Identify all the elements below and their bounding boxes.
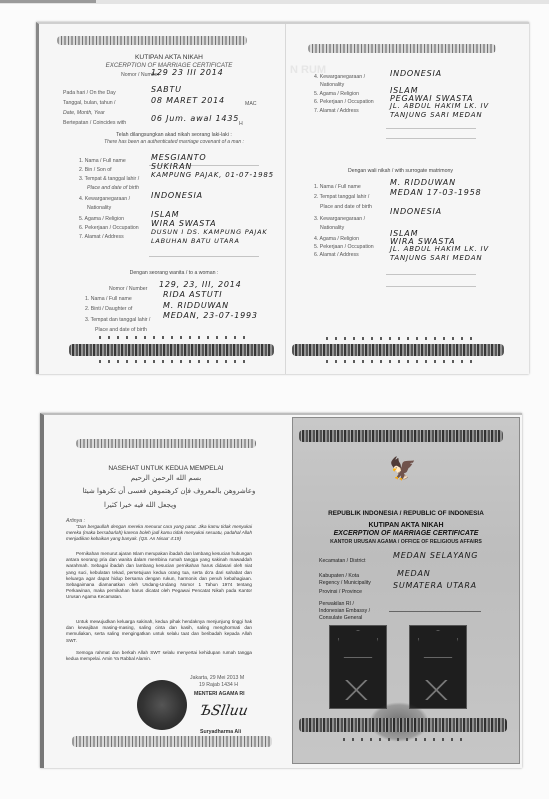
bride-address-value-2: TANJUNG SARI MEDAN [390, 111, 482, 119]
field-label: 7. Alamat / Address [314, 108, 359, 114]
dotted-row [99, 336, 249, 339]
field-label: 6. Alamat / Address [314, 252, 359, 258]
quran-verse-line2: ويجعل الله فيه خيرا كثيرا [104, 501, 176, 509]
ornamental-border [57, 36, 247, 45]
ornamental-border [72, 736, 272, 747]
field-label: 5. Pekerjaan / Occupation [314, 244, 374, 250]
field-label: 1. Nama / Full name [85, 296, 132, 302]
wali-name-value: M. RIDDUWAN [390, 178, 456, 187]
cover-title: KUTIPAN AKTA NIKAH [293, 522, 519, 529]
cover-subtitle: EXCERPTION OF MARRIAGE CERTIFICATE [293, 530, 519, 537]
ornamental-border [76, 439, 256, 448]
field-label: 2. Tempat tanggal lahir / [314, 194, 369, 200]
date-label-en: Date, Month, Year [63, 110, 105, 116]
advice-page: NASEHAT UNTUK KEDUA MEMPELAI بسم الله ال… [44, 415, 288, 768]
office-name: KANTOR URUSAN AGAMA / OFFICE OF RELIGIOU… [293, 539, 519, 545]
province-value: SUMATERA UTARA [393, 581, 477, 590]
field-label: Place and date of birth [320, 204, 372, 210]
man-intro: Telah dilangsungkan akad nikah seorang l… [39, 132, 279, 138]
field-label: Nomor / Number [109, 286, 147, 292]
field-label: 1. Nama / Full name [314, 184, 361, 190]
field-line [149, 256, 259, 257]
top-edge-bar [0, 0, 549, 4]
field-line [386, 274, 476, 275]
quran-verse-line1: وعاشروهن بالمعروف فإن كرهتموهن فعسى أن ت… [70, 487, 268, 495]
field-label: Nationality [87, 205, 111, 211]
field-label: Indonesian Embassy / [319, 608, 370, 614]
ornamental-border [69, 344, 274, 356]
advice-title: NASEHAT UNTUK KEDUA MEMPELAI [44, 465, 288, 472]
field-label: Provinsi / Province [319, 589, 362, 595]
field-label: 4. Kewarganegaraan / [79, 196, 130, 202]
number-value: 129 23 III 2014 [151, 68, 224, 77]
bride-address-value: JL. ABDUL HAKIM LK. IV [390, 102, 489, 110]
dotted-row [326, 337, 476, 340]
certificate-spread-bottom: NASEHAT UNTUK KEDUA MEMPELAI بسم الله ال… [40, 413, 522, 768]
field-label: 5. Agama / Religion [314, 91, 359, 97]
groom-occupation-value: WIRA SWASTA [151, 219, 216, 228]
issue-hijri-date: 19 Rajab 1434 H [199, 682, 238, 688]
bride-birth-value: MEDAN, 23-07-1993 [163, 311, 258, 320]
ornamental-border [299, 718, 507, 732]
coincides-suffix: H [239, 121, 243, 127]
bride-number-value: 129, 23, III, 2014 [159, 280, 242, 289]
groom-religion-value: ISLAM [151, 210, 179, 219]
coincides-value: 06 Jum. awal 1435 [151, 114, 239, 123]
district-value: MEDAN SELAYANG [393, 551, 478, 560]
groom-birth-value: KAMPUNG PAJAK, 01-07-1985 [151, 171, 274, 179]
garuda-emblem-icon: 🦅 [389, 456, 416, 482]
field-line [386, 128, 476, 129]
date-value: 08 MARET 2014 [151, 96, 225, 105]
groom-name-value: MESGIANTO [151, 153, 206, 162]
field-label: Perwakilan RI / [319, 601, 354, 607]
field-label: Regency / Municipality [319, 580, 371, 586]
field-label: 5. Agama / Religion [79, 216, 124, 222]
day-label: Pada hari / On the Day [63, 90, 116, 96]
groom-address-value: DUSUN I DS. KAMPUNG PAJAK [151, 228, 267, 236]
verse-translation: "Dan bergaullah dengan mereka menurut ca… [66, 524, 252, 543]
certificate-cover: 🦅 REPUBLIK INDONESIA / REPUBLIC OF INDON… [292, 417, 520, 764]
field-label: 2. Binti / Daughter of [85, 306, 132, 312]
basmala: بسم الله الرحمن الرحيم [44, 474, 288, 482]
field-label: 3. Tempat dan tanggal lahir / [85, 317, 150, 323]
dotted-row [99, 360, 249, 363]
ornamental-border [292, 344, 504, 356]
dotted-row [326, 360, 476, 363]
groom-nationality-value: INDONESIA [151, 191, 203, 200]
advice-paragraph-3: Semoga rahmat dan berkah Allah SWT selal… [66, 650, 252, 662]
signature: ЪSlluu [199, 703, 250, 719]
wali-address-value: JL. ABDUL HAKIM LK. IV [390, 245, 489, 253]
field-label: Place and date of birth [95, 327, 147, 333]
field-line [389, 611, 481, 612]
wali-intro: Dengan wali nikah / with surrogate matri… [348, 168, 453, 174]
bride-photo [409, 625, 467, 709]
field-label: 6. Pekerjaan / Occupation [314, 99, 374, 105]
bride-father-value: M. RIDDUWAN [163, 301, 229, 310]
bride-nationality-value: INDONESIA [390, 69, 442, 78]
top-left-page: KUTIPAN AKTA NIKAH EXCERPTION OF MARRIAG… [39, 24, 279, 374]
groom-father-value: SUKIRAN [151, 162, 192, 171]
field-label: 2. Bin / Son of [79, 167, 112, 173]
wali-address-value-2: TANJUNG SARI MEDAN [390, 254, 482, 262]
ornamental-border [308, 44, 496, 53]
issue-place-date: Jakarta, 29 Mei 2013 M [190, 675, 244, 681]
field-label: 4. Kewarganegaraan / [314, 74, 365, 80]
wali-birth-value: MEDAN 17-03-1958 [390, 188, 481, 197]
field-label: 3. Kewarganegaraan / [314, 216, 365, 222]
field-line [386, 286, 476, 287]
advice-paragraph-2: Untuk mewujudkan keluarga sakinah, kedua… [66, 619, 252, 644]
field-label: 3. Tempat & tanggal lahir / [79, 176, 139, 182]
field-label: 4. Agama / Religion [314, 236, 359, 242]
field-label: Consulate General [319, 615, 362, 621]
regency-value: MEDAN [397, 569, 431, 578]
field-label: Place and date of birth [87, 185, 139, 191]
field-line [386, 138, 476, 139]
country-header: REPUBLIK INDONESIA / REPUBLIC OF INDONES… [293, 510, 519, 517]
date-label: Tanggal, bulan, tahun / [63, 100, 116, 106]
top-right-page: N RUM 4. Kewarganegaraan / INDONESIA Nat… [285, 24, 530, 374]
dotted-row [343, 738, 463, 741]
field-label: 7. Alamat / Address [79, 234, 124, 240]
ornamental-border [299, 430, 503, 442]
date-suffix: MAC [245, 101, 257, 107]
groom-address-value-2: LABUHAN BATU UTARA [151, 237, 240, 245]
certificate-spread-top: KUTIPAN AKTA NIKAH EXCERPTION OF MARRIAG… [36, 22, 529, 374]
field-label: Kabupaten / Kota [319, 573, 359, 579]
ministry-seal [137, 680, 187, 730]
wali-nationality-value: INDONESIA [390, 207, 442, 216]
man-intro-en: There has been an authenticated marriage… [39, 139, 279, 145]
field-label: 1. Nama / Full name [79, 158, 126, 164]
signatory-name: Suryadharma Ali [200, 729, 241, 735]
day-value: SABTU [151, 85, 182, 94]
bride-name-value: RIDA ASTUTI [163, 290, 222, 299]
signatory-title: MENTERI AGAMA RI [194, 691, 245, 697]
field-label: Nationality [320, 82, 344, 88]
field-label: 6. Pekerjaan / Occupation [79, 225, 139, 231]
field-label: Kecamatan / District [319, 558, 365, 564]
woman-intro: Dengan seorang wanita / to a woman : [39, 270, 279, 276]
groom-photo [329, 625, 387, 709]
advice-paragraph-1: Pernikahan menurut ajaran Islam merupaka… [66, 551, 252, 601]
field-label: Nationality [320, 225, 344, 231]
certificate-title: KUTIPAN AKTA NIKAH [39, 54, 279, 61]
coincides-label: Bertepatan / Coincides with [63, 120, 126, 126]
